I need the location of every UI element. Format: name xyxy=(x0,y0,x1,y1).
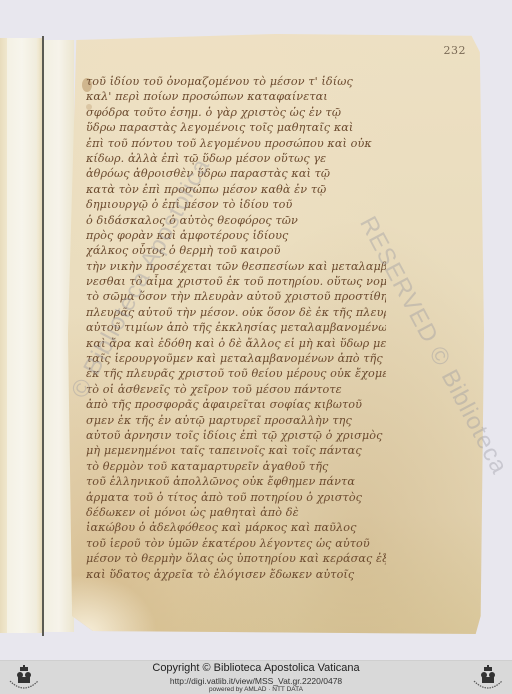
manuscript-line: πρὸς φορὰν καὶ ἀμφοτέρους ἰδίους xyxy=(86,228,386,243)
powered-by-text: powered by AMLAD · NTT DATA xyxy=(0,686,512,693)
manuscript-line: τοῦ ἑλληνικοῦ ἀπολλῶνος οὐκ ἔφθημεν πάντ… xyxy=(86,474,386,489)
manuscript-line: σφόδρα τοῦτο ἐσημ. ὁ γὰρ χριστὸς ὡς ἐν τ… xyxy=(86,105,386,120)
manuscript-line: καλ' περὶ ποίων προσώπων καταφαίνεται xyxy=(86,89,386,104)
manuscript-line: ἀθρόως ἀθροισθὲν ὕδρω παραστὰς καὶ τῷ xyxy=(86,166,386,181)
manuscript-line: αὐτοῦ ἀρνησιν τοῖς ἰδίοις ἐπὶ τῷ χριστῷ … xyxy=(86,428,386,443)
copyright-footer: Copyright © Biblioteca Apostolica Vatica… xyxy=(0,660,512,694)
manuscript-line: ἐπὶ τοῦ πόντου τοῦ λεγομένου προσώπου κα… xyxy=(86,136,386,151)
manuscript-line: ταῖς ἱερουργοῦμεν καὶ μεταλαμβανομένων ἀ… xyxy=(86,351,386,366)
manuscript-line: ἰακώβου ὁ ἀδελφόθεος καὶ μάρκος καὶ παῦλ… xyxy=(86,520,386,535)
manuscript-line: δημιουργῷ ὁ ἐπὶ μέσον τὸ ἰδίου τοῦ xyxy=(86,197,386,212)
vatican-seal-icon xyxy=(470,663,506,693)
manuscript-line: κατὰ τὸν ἐπὶ προσώπω μέσον καθὰ ἐν τῷ xyxy=(86,182,386,197)
manuscript-line: σμεν ἐκ τῆς ἐν αὐτῷ μαρτυρεῖ προσαλλὴν τ… xyxy=(86,413,386,428)
manuscript-line: ἁρματα τοῦ ὁ τίτος ἀπὸ τοῦ ποτηρίου ὁ χρ… xyxy=(86,490,386,505)
manuscript-line: τοῦ ἱεροῦ τὸν ὑμῶν ἑκατέρου λέγοντες ὡς … xyxy=(86,536,386,551)
manuscript-line: τὸ θερμὸν τοῦ καταμαρτυρεῖν ἀγαθοῦ τῆς xyxy=(86,459,386,474)
manuscript-line: ἀπὸ τῆς προσφορᾶς ἀφαιρεῖται σοφίας κιβω… xyxy=(86,397,386,412)
manuscript-line: ὕδρω παραστὰς λεγομένοις τοῖς μαθηταῖς κ… xyxy=(86,120,386,135)
water-damage xyxy=(68,574,158,634)
previous-leaf-edge xyxy=(0,38,42,633)
manuscript-text: τοῦ ἰδίου τοῦ ὀνομαζομένου τὸ μέσον τ' ἰ… xyxy=(86,74,386,582)
manuscript-line: ἐκ τῆς πλευρᾶς χριστοῦ τοῦ θείου μέρους … xyxy=(86,366,386,381)
folio-number: 232 xyxy=(444,44,467,57)
manuscript-line: τὸ οἱ ἀσθενεῖς τὸ χεῖρον τοῦ μέσου πάντο… xyxy=(86,382,386,397)
copyright-text: Copyright © Biblioteca Apostolica Vatica… xyxy=(0,662,512,674)
manuscript-line: τοῦ ἰδίου τοῦ ὀνομαζομένου τὸ μέσον τ' ἰ… xyxy=(86,74,386,89)
manuscript-line: μέσον τὸ θερμὴν ὅλας ὡς ὑποτηρίου καὶ κε… xyxy=(86,551,386,566)
manuscript-url[interactable]: http://digi.vatlib.it/view/MSS_Vat.gr.22… xyxy=(0,676,512,686)
manuscript-line: καὶ ὕδατος ἀχρεῖα τὸ ἐλόγισεν ἔδωκεν αὐτ… xyxy=(86,567,386,582)
manuscript-line: μὴ μεμενημένοι ταῖς ταπεινοῖς καὶ τοῖς π… xyxy=(86,443,386,458)
manuscript-viewer: 232 τοῦ ἰδίου τοῦ ὀνομαζομένου τὸ μέσον … xyxy=(0,0,512,660)
manuscript-line: δέδωκεν οἱ μόνοι ὡς μαθηταὶ ἀπὸ δὲ xyxy=(86,505,386,520)
manuscript-line: κίδωρ. ἀλλὰ ἐπὶ τῷ ὕδωρ μέσον οὕτως γε xyxy=(86,151,386,166)
manuscript-line: ὁ διδάσκαλος ὁ αὐτὸς θεοφόρος τῶν xyxy=(86,213,386,228)
manuscript-line: καὶ ἄρα καὶ ἐδόθη καὶ ὁ δὲ ἄλλος εἰ μὴ κ… xyxy=(86,336,386,351)
manuscript-line: χάλκος οὗτος ὁ θερμὴ τοῦ καιροῦ xyxy=(86,243,386,258)
